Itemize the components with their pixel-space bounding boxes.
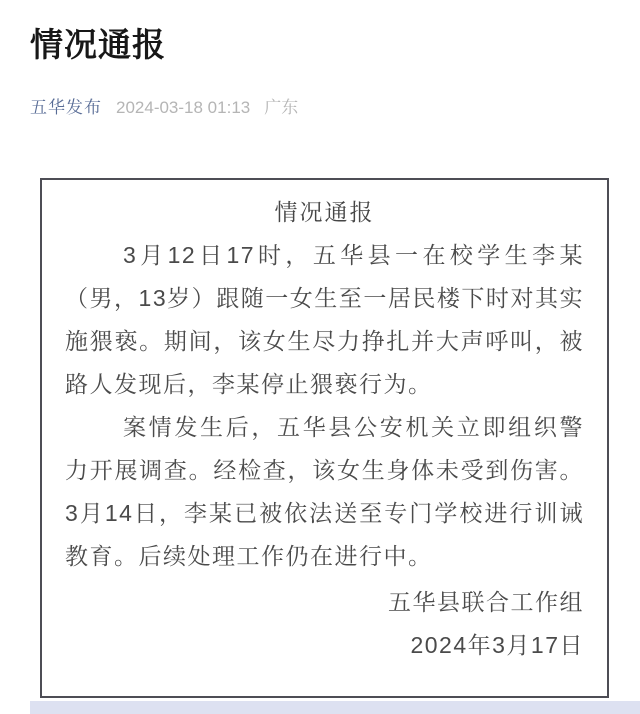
publish-timestamp: 2024-03-18 01:13 [116,96,250,120]
article-page: 情况通报 五华发布 2024-03-18 01:13 广东 情况通报 3月12日… [0,0,640,714]
image-background-strip [30,701,640,714]
notice-title: 情况通报 [65,191,584,234]
notice-signature: 五华县联合工作组 [65,581,584,624]
notice-image[interactable]: 情况通报 3月12日17时，五华县一在校学生李某（男，13岁）跟随一女生至一居民… [40,178,609,698]
notice-paragraph-2: 案情发生后，五华县公安机关立即组织警力开展调查。经检查，该女生身体未受到伤害。3… [65,406,584,578]
notice-paragraph-1: 3月12日17时，五华县一在校学生李某（男，13岁）跟随一女生至一居民楼下时对其… [65,234,584,406]
article-byline: 五华发布 2024-03-18 01:13 广东 [30,96,298,120]
notice-date: 2024年3月17日 [65,624,584,667]
account-name-link[interactable]: 五华发布 [30,96,102,120]
publish-location: 广东 [264,96,298,120]
article-title: 情况通报 [30,24,166,66]
notice-body: 3月12日17时，五华县一在校学生李某（男，13岁）跟随一女生至一居民楼下时对其… [65,234,584,578]
